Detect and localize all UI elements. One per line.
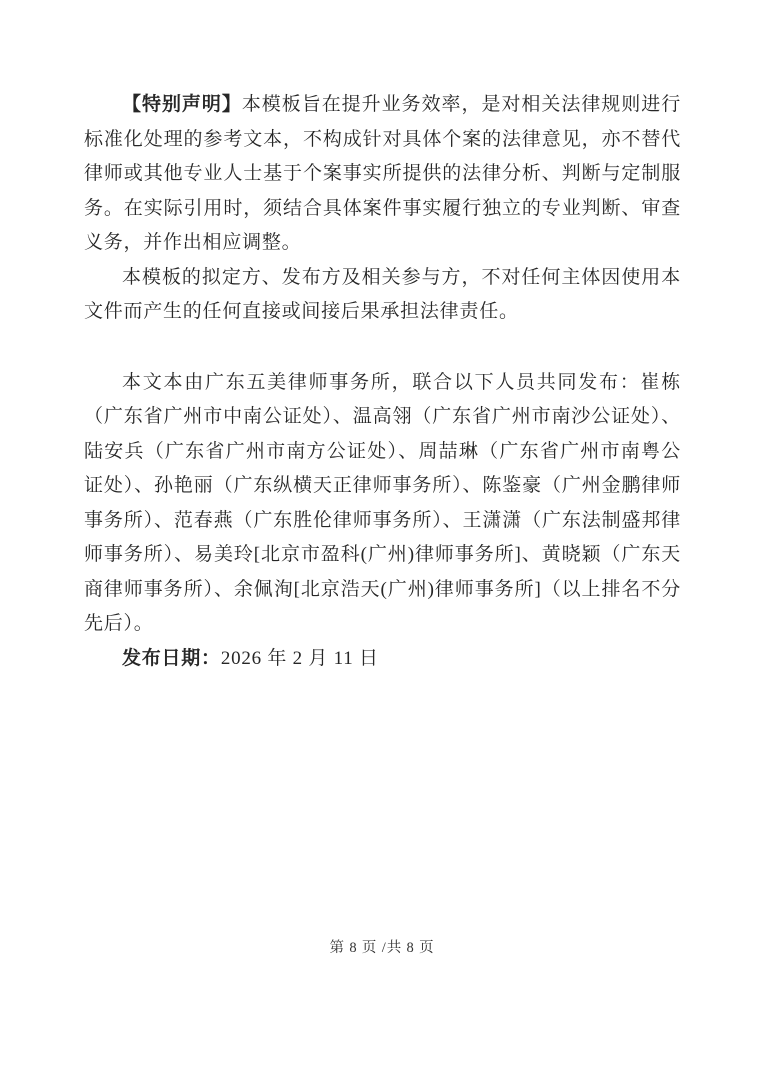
liability-paragraph: 本模板的拟定方、发布方及相关参与方，不对任何主体因使用本文件而产生的任何直接或间… [84, 261, 681, 330]
document-page: 【特别声明】本模板旨在提升业务效率，是对相关法律规则进行标准化处理的参考文本，不… [0, 0, 764, 1080]
publish-date-line: 发布日期：2026 年 2 月 11 日 [84, 642, 681, 677]
special-disclaimer-label: 【特别声明】 [122, 94, 242, 115]
publish-date-label: 发布日期： [122, 648, 221, 669]
publish-date-value: 2026 年 2 月 11 日 [221, 648, 379, 669]
special-disclaimer-paragraph: 【特别声明】本模板旨在提升业务效率，是对相关法律规则进行标准化处理的参考文本，不… [84, 88, 681, 261]
special-disclaimer-text: 本模板旨在提升业务效率，是对相关法律规则进行标准化处理的参考文本，不构成针对具体… [84, 94, 681, 253]
publishers-text: 本文本由广东五美律师事务所，联合以下人员共同发布：崔栋（广东省广州市中南公证处）… [84, 372, 681, 635]
publishers-paragraph: 本文本由广东五美律师事务所，联合以下人员共同发布：崔栋（广东省广州市中南公证处）… [84, 366, 681, 642]
liability-text: 本模板的拟定方、发布方及相关参与方，不对任何主体因使用本文件而产生的任何直接或间… [84, 267, 681, 323]
document-body: 【特别声明】本模板旨在提升业务效率，是对相关法律规则进行标准化处理的参考文本，不… [84, 88, 681, 676]
page-number-indicator: 第 8 页 /共 8 页 [0, 936, 764, 957]
